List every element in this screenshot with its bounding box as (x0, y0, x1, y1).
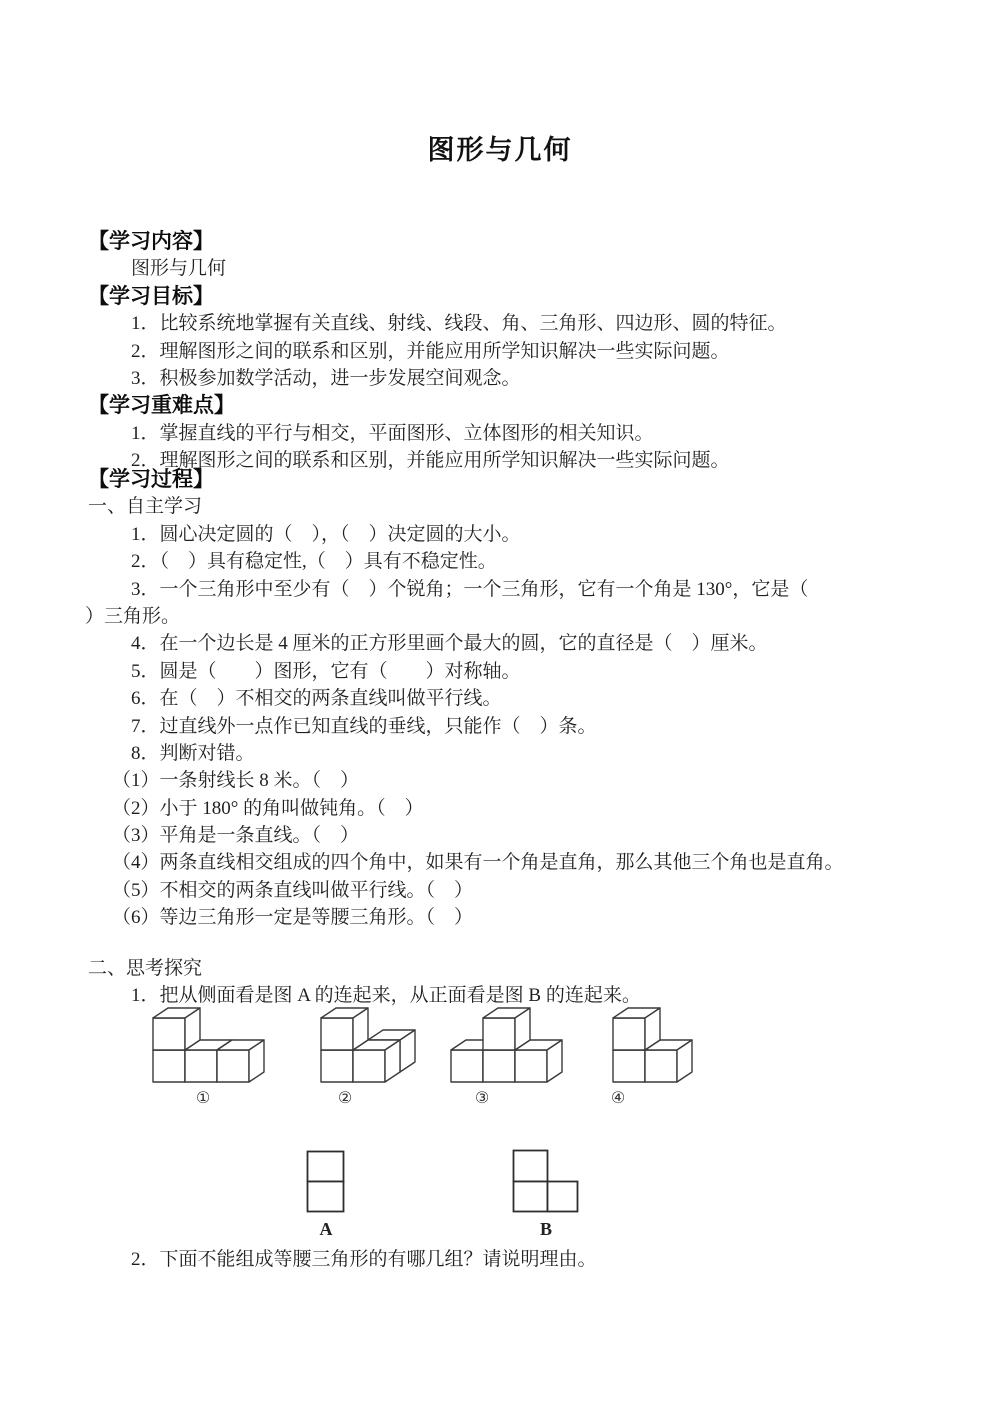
question-line: 1．圆心决定圆的（ ），（ ）决定圆的大小。 (85, 521, 945, 548)
judge-item: （3）平角是一条直线。（ ） (85, 822, 945, 849)
cube-figure-2 (320, 1007, 417, 1084)
part2-heading: 二、思考探究 (85, 955, 945, 982)
figure-number-label: ① (193, 1088, 213, 1107)
figure-number-label: ④ (608, 1088, 628, 1107)
judge-item: （6）等边三角形一定是等腰三角形。（ ） (85, 904, 945, 931)
explore-section: 二、思考探究 1．把从侧面看是图 A 的连起来，从正面看是图 B 的连起来。 (85, 955, 945, 1010)
objective-item: 1．比较系统地掌握有关直线、射线、线段、角、三角形、四边形、圆的特征。 (85, 310, 945, 337)
page-title: 图形与几何 (0, 128, 1000, 167)
judge-item: （2）小于 180° 的角叫做钝角。（ ） (85, 795, 945, 822)
squares-l-shape-icon (512, 1149, 580, 1213)
question-line: 1．把从侧面看是图 A 的连起来，从正面看是图 B 的连起来。 (85, 982, 945, 1009)
objective-item: 2．理解图形之间的联系和区别，并能应用所学知识解决一些实际问题。 (85, 338, 945, 365)
question-line: 6．在（ ）不相交的两条直线叫做平行线。 (85, 685, 945, 712)
worksheet-page: 图形与几何 【学习内容】 图形与几何 【学习目标】 1．比较系统地掌握有关直线、… (0, 0, 1000, 1415)
question-line: 2．下面不能组成等腰三角形的有哪几组？请说明理由。 (85, 1246, 945, 1273)
question-line: 3．一个三角形中至少有（ ）个锐角；一个三角形，它有一个角是 130°，它是（ (85, 576, 945, 603)
cube-figure-1 (152, 1007, 266, 1084)
figure-number-label: ③ (472, 1088, 492, 1107)
question-line: 2．（ ）具有稳定性,（ ）具有不稳定性。 (85, 548, 945, 575)
part1-heading: 一、自主学习 (85, 493, 945, 520)
question-line: 8．判断对错。 (85, 740, 945, 767)
cube-figure-4 (612, 1007, 694, 1084)
final-question-block: 2．下面不能组成等腰三角形的有哪几组？请说明理由。 (85, 1246, 945, 1273)
section-label-process: 【学习过程】 (85, 466, 945, 493)
question-line: 4．在一个边长是 4 厘米的正方形里画个最大的圆，它的直径是（ ）厘米。 (85, 630, 945, 657)
question-line-continuation: ）三角形。 (85, 603, 945, 630)
intro-sections: 【学习内容】 图形与几何 【学习目标】 1．比较系统地掌握有关直线、射线、线段、… (85, 228, 945, 475)
view-figure-a: A (306, 1150, 346, 1240)
view-figure-b: B (512, 1149, 580, 1240)
question-line: 7．过直线外一点作已知直线的垂线，只能作（ ）条。 (85, 713, 945, 740)
section-label-keypoints: 【学习重难点】 (85, 392, 945, 419)
isometric-cubes-icon (152, 1007, 266, 1084)
view-label-a: A (306, 1219, 346, 1240)
process-section: 【学习过程】 一、自主学习 1．圆心决定圆的（ ），（ ）决定圆的大小。 2．（… (85, 466, 945, 932)
section-label-content: 【学习内容】 (85, 228, 945, 255)
isometric-cubes-icon (450, 1007, 564, 1084)
section-content-body: 图形与几何 (85, 255, 945, 282)
view-label-b: B (512, 1219, 580, 1240)
question-line: 5．圆是（ ）图形，它有（ ）对称轴。 (85, 658, 945, 685)
keypoint-item: 1．掌握直线的平行与相交，平面图形、立体图形的相关知识。 (85, 420, 945, 447)
isometric-cubes-icon (612, 1007, 694, 1084)
cube-figure-3 (450, 1007, 564, 1084)
judge-item: （5）不相交的两条直线叫做平行线。（ ） (85, 877, 945, 904)
judge-item: （1）一条射线长 8 米。（ ） (85, 767, 945, 794)
figure-number-label: ② (335, 1088, 355, 1107)
squares-domino-icon (306, 1150, 346, 1213)
isometric-cubes-icon (320, 1007, 417, 1084)
judge-item: （4）两条直线相交组成的四个角中，如果有一个角是直角，那么其他三个角也是直角。 (85, 849, 945, 876)
section-label-objectives: 【学习目标】 (85, 283, 945, 310)
objective-item: 3．积极参加数学活动，进一步发展空间观念。 (85, 365, 945, 392)
cube-figures-row (0, 1007, 1000, 1087)
